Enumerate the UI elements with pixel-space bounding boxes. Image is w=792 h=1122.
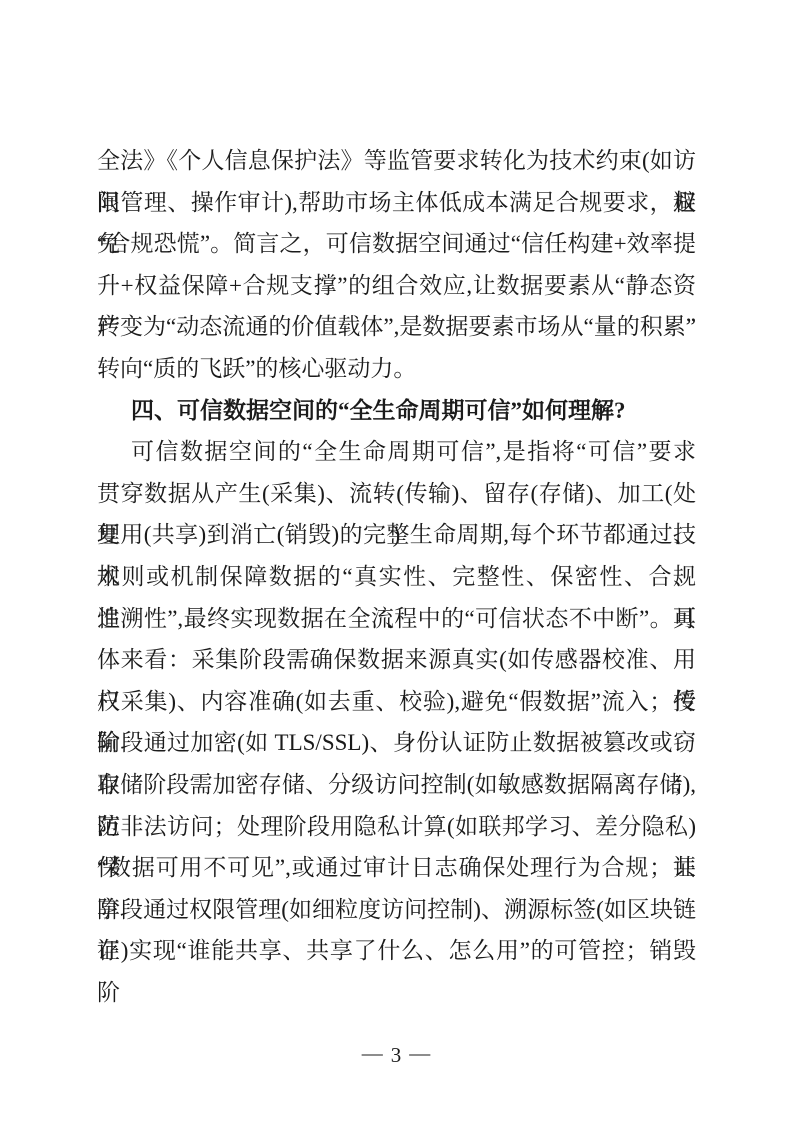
text-line: 存储阶段需加密存储、分级访问控制(如敏感数据隔离存储),防 — [97, 764, 696, 806]
footer-dash-right: — — [409, 1041, 430, 1066]
text-line: 全法》《个人信息保护法》等监管要求转化为技术约束(如访问权 — [97, 140, 696, 182]
text-line: 阶段通过权限管理(如细粒度访问控制)、溯源标签(如区块链存 — [97, 889, 696, 931]
text-line: “合规恐慌”。简言之，可信数据空间通过“信任构建+效率提 — [97, 223, 696, 265]
text-line: 权采集)、内容准确(如去重、校验),避免“假数据”流入；传输 — [97, 681, 696, 723]
text-line: 转向“质的飞跃”的核心驱动力。 — [97, 348, 696, 390]
page-footer: —3— — [0, 1043, 792, 1068]
text-line: 阶段通过加密(如 TLS/SSL)、身份认证防止数据被篡改或窃取； — [97, 722, 696, 764]
text-line: 限管理、操作审计),帮助市场主体低成本满足合规要求，避免 — [97, 182, 696, 224]
text-line: 体来看：采集阶段需确保数据来源真实(如传感器校准、用户授 — [97, 639, 696, 681]
text-line: 证)实现“谁能共享、共享了什么、怎么用”的可管控；销毁阶 — [97, 930, 696, 972]
footer-dash-left: — — [362, 1041, 383, 1066]
text-line: 转变为“动态流通的价值载体”,是数据要素市场从“量的积累” — [97, 306, 696, 348]
text-line: “数据可用不可见”,或通过审计日志确保处理行为合规；共享 — [97, 847, 696, 889]
text-line: 规则或机制保障数据的“真实性、完整性、保密性、合规性、可 — [97, 556, 696, 598]
document-page: 全法》《个人信息保护法》等监管要求转化为技术约束(如访问权限管理、操作审计),帮… — [0, 0, 792, 1122]
text-line: 升+权益保障+合规支撑”的组合效应,让数据要素从“静态资产” — [97, 265, 696, 307]
text-line: 四、可信数据空间的“全生命周期可信”如何理解? — [97, 390, 696, 432]
document-body: 全法》《个人信息保护法》等监管要求转化为技术约束(如访问权限管理、操作审计),帮… — [97, 140, 696, 972]
text-line: 追溯性”,最终实现数据在全流程中的“可信状态不中断”。具 — [97, 598, 696, 640]
text-line: 贯穿数据从产生(采集)、流转(传输)、留存(存储)、加工(处理)、 — [97, 473, 696, 515]
text-line: 复用(共享)到消亡(销毁)的完整生命周期,每个环节都通过技术、 — [97, 514, 696, 556]
text-line: 可信数据空间的“全生命周期可信”,是指将“可信”要求 — [97, 431, 696, 473]
text-line: 范非法访问；处理阶段用隐私计算(如联邦学习、差分隐私)保证 — [97, 806, 696, 848]
page-number: 3 — [391, 1043, 402, 1067]
